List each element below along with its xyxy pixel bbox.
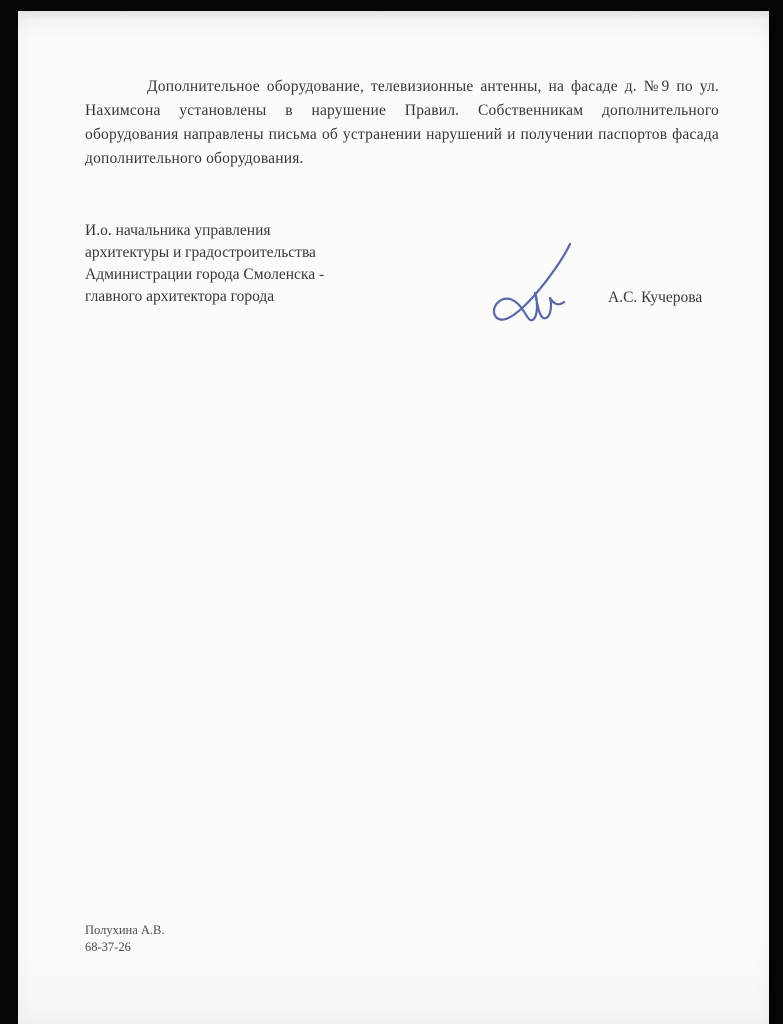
handwritten-signature-icon (473, 239, 593, 335)
document-page: Дополнительное оборудование, телевизионн… (18, 11, 769, 1024)
executor-name: Полухина А.В. (85, 922, 165, 939)
signoff-line-administration: Администрации города Смоленска - (85, 264, 405, 286)
scanned-page-frame: Дополнительное оборудование, телевизионн… (0, 0, 783, 1024)
body-paragraph: Дополнительное оборудование, телевизионн… (85, 75, 719, 171)
signer-name: А.С. Кучерова (608, 289, 702, 307)
signoff-line-title: главного архитектора города (85, 286, 405, 308)
signoff-block: И.о. начальника управления архитектуры и… (85, 220, 405, 308)
signoff-line-position: И.о. начальника управления (85, 220, 405, 242)
signoff-line-department: архитектуры и градостроительства (85, 242, 405, 264)
executor-phone: 68-37-26 (85, 939, 165, 956)
executor-block: Полухина А.В. 68-37-26 (85, 922, 165, 956)
